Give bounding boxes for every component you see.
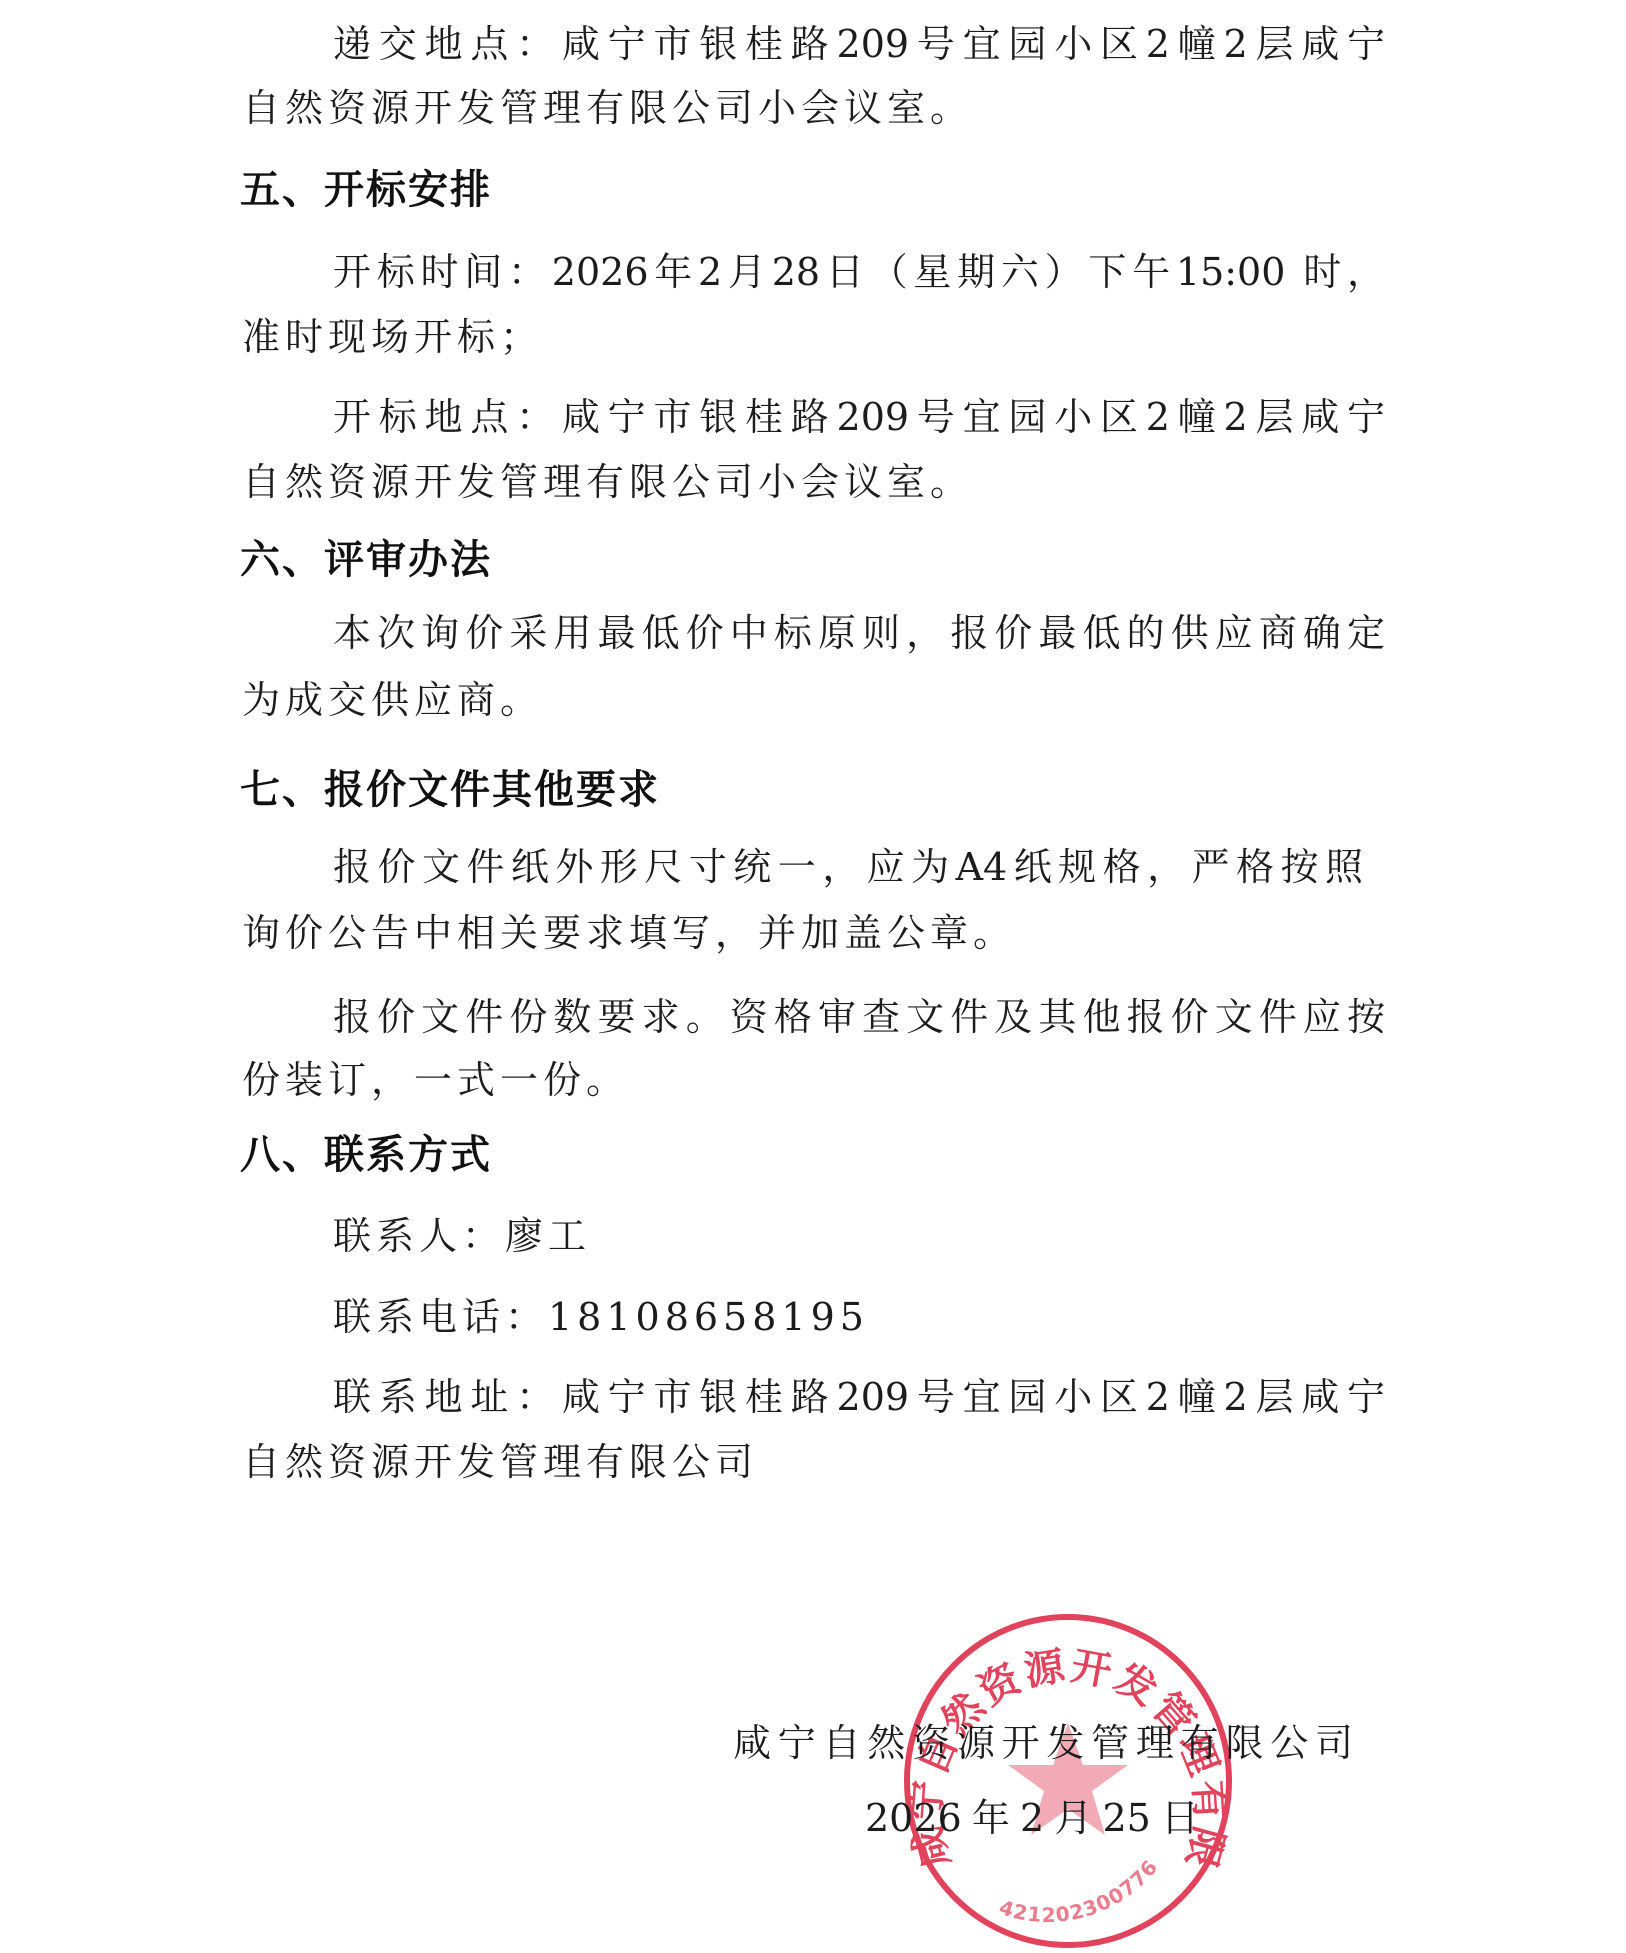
evaluation-method-line-1: 本次询价采用最低价中标原则，报价最低的供应商确定 <box>333 611 1385 655</box>
submission-location-line-2: 自然资源开发管理有限公司小会议室。 <box>242 86 973 130</box>
signature-company: 咸宁自然资源开发管理有限公司 <box>733 1721 1353 1765</box>
opening-time-line-2: 准时现场开标； <box>242 315 543 359</box>
section-heading-evaluation: 六、评审办法 <box>240 537 492 583</box>
quotation-format-line-1: 报价文件纸外形尺寸统一，应为A4纸规格，严格按照 <box>333 845 1363 889</box>
quotation-copies-line-2: 份装订，一式一份。 <box>242 1058 629 1102</box>
evaluation-method-line-2: 为成交供应商。 <box>242 678 543 722</box>
section-heading-contact: 八、联系方式 <box>240 1132 492 1178</box>
document-page: 递交地点：咸宁市银桂路209号宜园小区2幢2层咸宁 自然资源开发管理有限公司小会… <box>0 0 1626 1953</box>
section-heading-quotation-requirements: 七、报价文件其他要求 <box>240 767 660 813</box>
contact-address-line-1: 联系地址：咸宁市银桂路209号宜园小区2幢2层咸宁 <box>333 1375 1385 1419</box>
contact-address-line-2: 自然资源开发管理有限公司 <box>242 1440 758 1484</box>
signature-date: 2026年2月25日 <box>865 1796 1199 1840</box>
opening-location-line-1: 开标地点：咸宁市银桂路209号宜园小区2幢2层咸宁 <box>333 395 1385 439</box>
contact-person: 联系人：廖工 <box>333 1214 591 1258</box>
section-heading-opening: 五、开标安排 <box>240 167 492 213</box>
opening-location-line-2: 自然资源开发管理有限公司小会议室。 <box>242 460 973 504</box>
official-seal: 咸宁自然资源开发管理有限公司 421202300776 <box>903 1613 1233 1949</box>
submission-location-line-1: 递交地点：咸宁市银桂路209号宜园小区2幢2层咸宁 <box>333 22 1385 66</box>
seal-code: 421202300776 <box>996 1855 1162 1927</box>
contact-phone: 联系电话：18108658195 <box>333 1295 869 1339</box>
quotation-copies-line-1: 报价文件份数要求。资格审查文件及其他报价文件应按 <box>333 995 1385 1039</box>
svg-text:421202300776: 421202300776 <box>996 1855 1162 1927</box>
opening-time-line-1: 开标时间：2026年2月28日（星期六）下午15:00 时， <box>333 250 1385 294</box>
quotation-format-line-2: 询价公告中相关要求填写，并加盖公章。 <box>242 911 1016 955</box>
